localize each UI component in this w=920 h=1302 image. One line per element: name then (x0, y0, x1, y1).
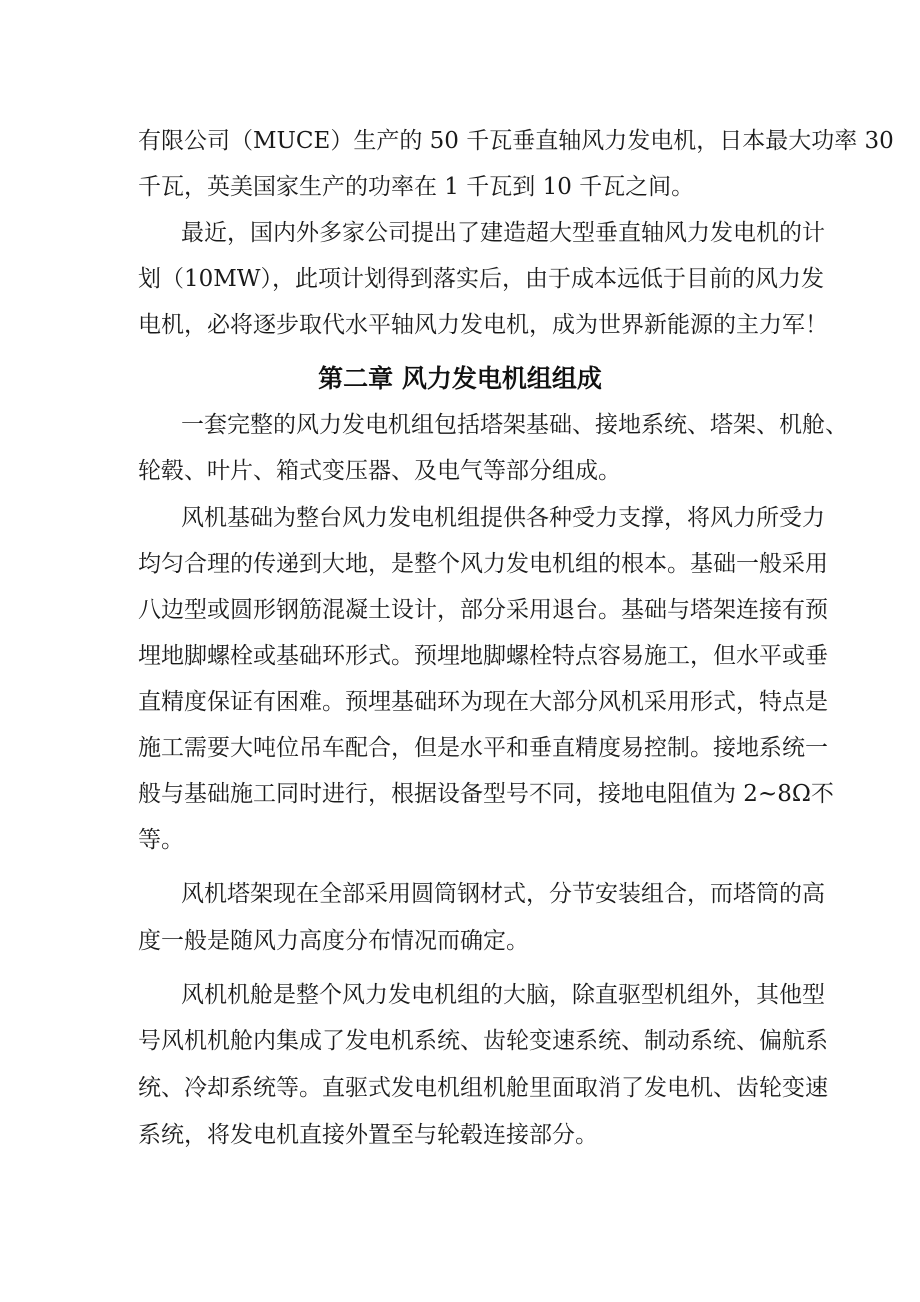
paragraph-line: 般与基础施工同时进行，根据设备型号不同，接地电阻值为 2~8Ω不 (138, 779, 786, 809)
paragraph-line: 系统，将发电机直接外置至与轮毂连接部分。 (138, 1120, 786, 1150)
paragraph-line: 度一般是随风力高度分布情况而确定。 (138, 926, 786, 956)
paragraph-line: 号风机机舱内集成了发电机系统、齿轮变速系统、制动系统、偏航系 (138, 1026, 786, 1056)
paragraph-line: 电机，必将逐步取代水平轴风力发电机，成为世界新能源的主力军！ (138, 310, 786, 340)
paragraph-line: 一套完整的风力发电机组包括塔架基础、接地系统、塔架、机舱、 (181, 410, 786, 440)
paragraph-line: 千瓦，英美国家生产的功率在 1 千瓦到 10 千瓦之间。 (138, 172, 786, 202)
paragraph-line: 风机基础为整台风力发电机组提供各种受力支撑，将风力所受力 (181, 503, 786, 533)
paragraph-line: 埋地脚螺栓或基础环形式。预埋地脚螺栓特点容易施工，但水平或垂 (138, 641, 786, 671)
paragraph-line: 有限公司（MUCE）生产的 50 千瓦垂直轴风力发电机，日本最大功率 30 (138, 126, 786, 156)
paragraph-line: 轮毂、叶片、箱式变压器、及电气等部分组成。 (138, 456, 786, 486)
paragraph-line: 直精度保证有困难。预埋基础环为现在大部分风机采用形式，特点是 (138, 687, 786, 717)
document-page: 有限公司（MUCE）生产的 50 千瓦垂直轴风力发电机，日本最大功率 30 千瓦… (0, 0, 920, 1302)
paragraph-line: 风机塔架现在全部采用圆筒钢材式，分节安装组合，而塔筒的高 (181, 879, 786, 909)
paragraph-line: 最近，国内外多家公司提出了建造超大型垂直轴风力发电机的计 (181, 218, 786, 248)
paragraph-line: 统、冷却系统等。直驱式发电机组机舱里面取消了发电机、齿轮变速 (138, 1073, 786, 1103)
paragraph-line: 风机机舱是整个风力发电机组的大脑，除直驱型机组外，其他型 (181, 980, 786, 1010)
paragraph-line: 划（10MW），此项计划得到落实后，由于成本远低于目前的风力发 (138, 264, 786, 294)
paragraph-line: 等。 (138, 825, 786, 855)
chapter-heading: 第二章 风力发电机组组成 (0, 362, 920, 396)
paragraph-line: 八边型或圆形钢筋混凝土设计，部分采用退台。基础与塔架连接有预 (138, 595, 786, 625)
paragraph-line: 均匀合理的传递到大地，是整个风力发电机组的根本。基础一般采用 (138, 549, 786, 579)
paragraph-line: 施工需要大吨位吊车配合，但是水平和垂直精度易控制。接地系统一 (138, 733, 786, 763)
